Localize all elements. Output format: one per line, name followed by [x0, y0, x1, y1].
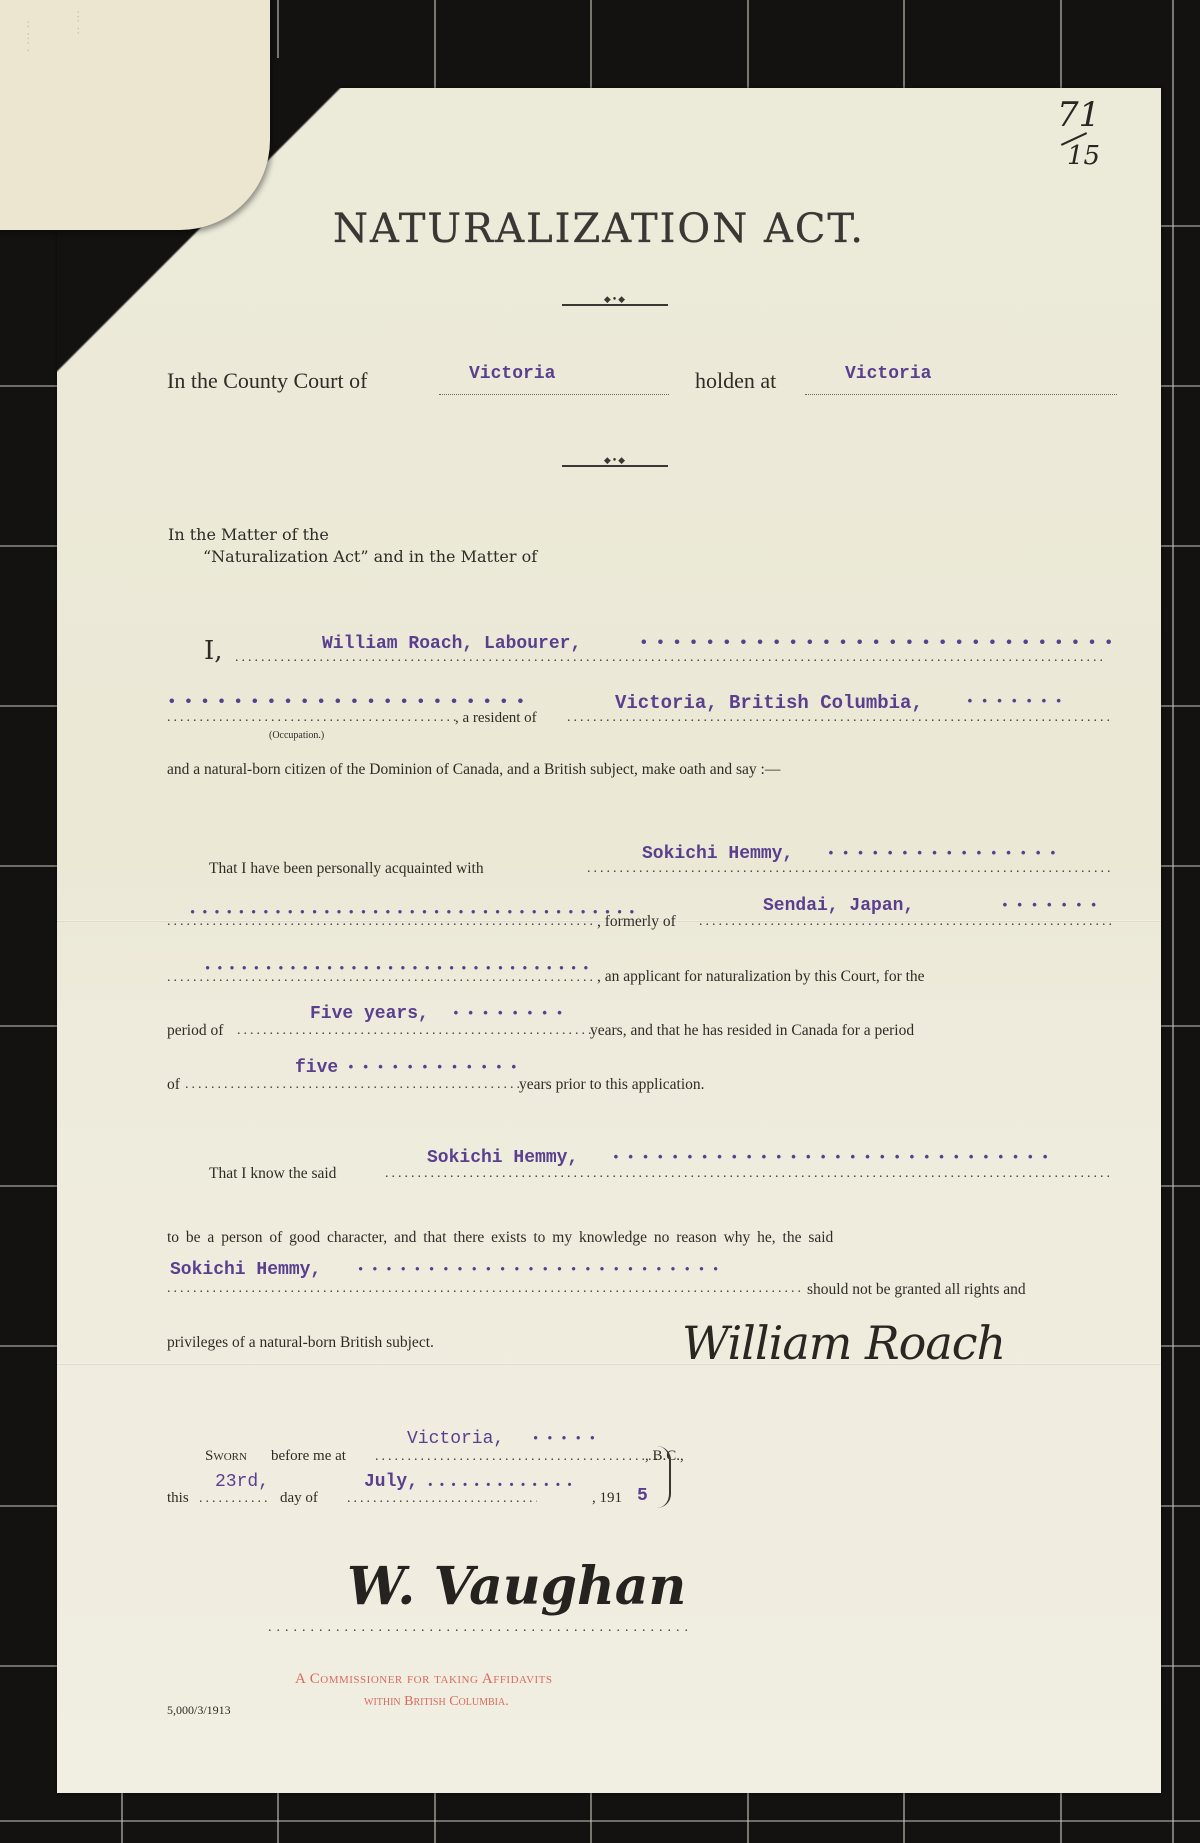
court-county-field: Victoria [469, 364, 555, 384]
applicant-name-field-3: Sokichi Hemmy, [170, 1260, 321, 1280]
typed-fill-dots: ••••••••••••••••••••••••••••••••••••••••… [639, 634, 1119, 652]
typed-fill-dots: ••••••• [1001, 898, 1105, 913]
before-me-label: before me at [271, 1448, 346, 1465]
dotted-line: ........................................… [385, 1166, 1112, 1182]
applicant-name-field-2: Sokichi Hemmy, [427, 1148, 578, 1168]
typed-fill-dots: •••••••••••••••••••••• [167, 693, 532, 711]
jurat-brace [657, 1446, 671, 1508]
matter-line-1: In the Matter of the [168, 525, 329, 544]
form-number: 5,000/3/1913 [167, 1703, 231, 1718]
year-prefix: , 191 [592, 1490, 622, 1507]
commissioner-signature: W. Vaughan [347, 1556, 686, 1617]
sworn-place-field: Victoria, [407, 1429, 504, 1449]
typed-fill-dots: •••••••••••• [347, 1060, 525, 1075]
holden-at-field: Victoria [845, 364, 931, 384]
page-title: NATURALIZATION ACT. [333, 206, 865, 252]
file-number-top: 71 [1057, 98, 1100, 132]
dotted-line: ............... [199, 1491, 271, 1507]
resided-clause: years, and that he has resided in Canada… [590, 1022, 914, 1040]
dotted-line: ........................................… [167, 1281, 805, 1297]
occupation-dotted-line: ........................................… [167, 710, 457, 726]
matter-line-2: “Naturalization Act” and in the Matter o… [203, 547, 537, 566]
typed-fill-dots: ••••• [532, 1432, 603, 1446]
sworn-label: Sworn [205, 1448, 247, 1465]
commissioner-signature-line: ........................................… [268, 1620, 688, 1636]
this-label: this [167, 1490, 189, 1507]
acquainted-label: That I have been personally acquainted w… [209, 860, 484, 878]
file-number-bottom: 15 [1067, 143, 1100, 169]
typed-fill-dots: •••••••••••••••••••••••••••••••• [204, 962, 594, 976]
applicant-name-field: Sokichi Hemmy, [642, 844, 793, 864]
court-label: In the County Court of [167, 368, 367, 394]
year-suffix-field: 5 [637, 1486, 648, 1506]
holden-at-label: holden at [695, 368, 776, 394]
ornament-divider [562, 465, 668, 467]
commissioner-title-line-2: within British Columbia. [364, 1694, 509, 1710]
holden-at-underline [805, 394, 1117, 395]
dotted-line: ........................................… [185, 1077, 520, 1093]
typed-fill-dots: •••••••••••••••••••••••••••••• [612, 1150, 1056, 1165]
ornament-divider [562, 304, 668, 306]
month-field: July, [364, 1472, 418, 1492]
typed-fill-dots: ••••••••••••• [427, 1480, 578, 1492]
dotted-line: ........................................… [699, 914, 1112, 930]
dotted-line: ........................................… [237, 1023, 592, 1039]
prior-clause: years prior to this application. [519, 1076, 705, 1094]
pronoun-i: I, [204, 636, 223, 666]
typed-fill-dots: ••••••••••••••••••••••••••••••••••••• [189, 906, 640, 920]
resident-label: , a resident of [455, 710, 537, 727]
period-field: Five years, [310, 1004, 429, 1024]
granted-clause: should not be granted all rights and [807, 1281, 1026, 1299]
period-label: period of [167, 1022, 223, 1040]
deponent-name-occupation-field: William Roach, Labourer, [322, 634, 581, 654]
typed-fill-dots: ••••••• [966, 694, 1070, 709]
occupation-caption: (Occupation.) [269, 730, 324, 741]
of-label: of [167, 1076, 180, 1094]
applicant-clause: , an applicant for naturalization by thi… [597, 968, 925, 986]
day-field: 23rd, [215, 1472, 269, 1492]
know-label: That I know the said [209, 1165, 336, 1183]
dotted-line: ........................................ [347, 1491, 537, 1507]
typed-fill-dots: •••••••••••••••••••••••••• [357, 1263, 726, 1277]
formerly-label: , formerly of [597, 913, 676, 931]
residence-field: Victoria, British Columbia, [615, 692, 923, 714]
commissioner-title-line-1: A Commissioner for taking Affidavits [295, 1671, 553, 1688]
formerly-of-field: Sendai, Japan, [763, 896, 914, 916]
deponent-signature: William Roach [682, 1316, 1005, 1370]
typed-fill-dots: •••••••••••••••• [827, 846, 1064, 861]
citizen-clause: and a natural-born citizen of the Domini… [167, 761, 780, 779]
privileges-clause: privileges of a natural-born British sub… [167, 1334, 434, 1352]
years-field: five [295, 1058, 338, 1078]
typed-fill-dots: •••••••• [452, 1006, 570, 1021]
underlying-page-corner: ·· ··· · ··· ·· [0, 0, 270, 230]
day-of-label: day of [280, 1490, 318, 1507]
naturalization-affidavit-page: 71 15 NATURALIZATION ACT. In the County … [57, 88, 1161, 1793]
dotted-line: ........................................… [375, 1449, 657, 1465]
character-clause: to be a person of good character, and th… [167, 1229, 833, 1247]
court-county-underline [439, 394, 669, 395]
